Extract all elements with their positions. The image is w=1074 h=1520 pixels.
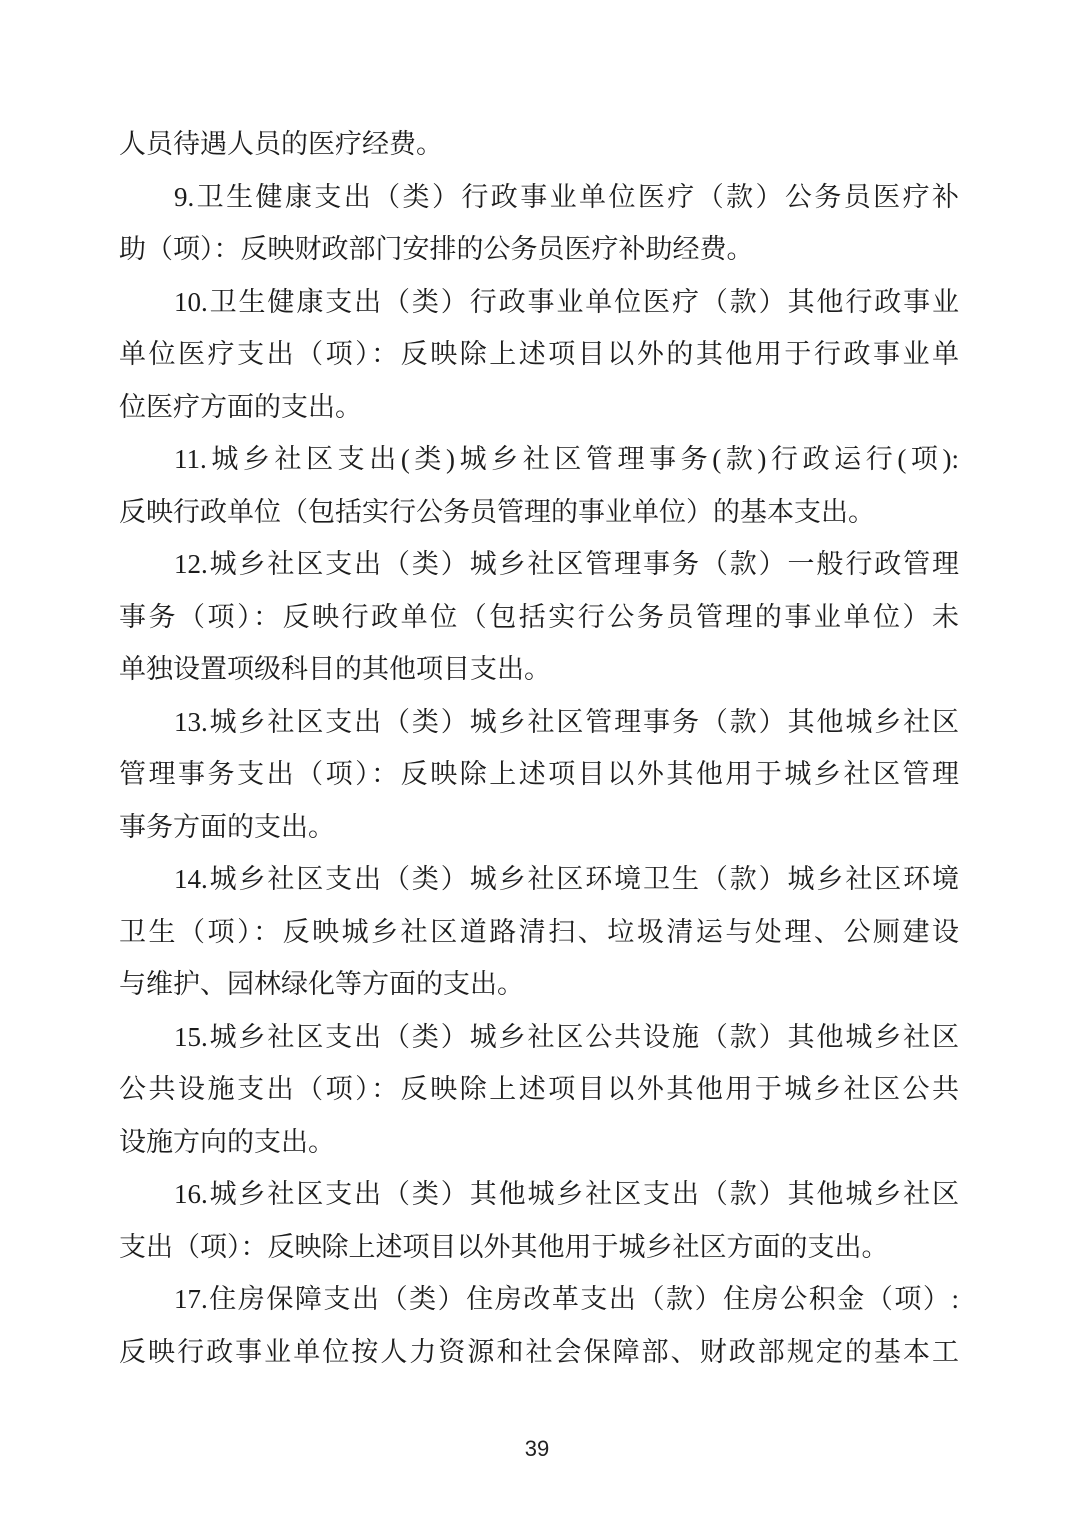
text-line: 人员待遇人员的医疗经费。 [119,118,959,171]
text-line: 单位医疗支出（项）：反映除上述项目以外的其他用于行政事业单 [119,328,959,381]
text-line: 与维护、园林绿化等方面的支出。 [119,958,959,1011]
text-line: 反映行政单位（包括实行公务员管理的事业单位）的基本支出。 [119,486,959,539]
text-line: 14.城乡社区支出（类）城乡社区环境卫生（款）城乡社区环境 [119,853,959,906]
text-line: 支出（项）：反映除上述项目以外其他用于城乡社区方面的支出。 [119,1221,959,1274]
text-line: 公共设施支出（项）：反映除上述项目以外其他用于城乡社区公共 [119,1063,959,1116]
text-line: 事务方面的支出。 [119,801,959,854]
text-line: 事务（项）：反映行政单位（包括实行公务员管理的事业单位）未 [119,591,959,644]
text-line: 管理事务支出（项）：反映除上述项目以外其他用于城乡社区管理 [119,748,959,801]
text-line: 助（项）：反映财政部门安排的公务员医疗补助经费。 [119,223,959,276]
document-page: 人员待遇人员的医疗经费。 9.卫生健康支出（类）行政事业单位医疗（款）公务员医疗… [0,0,1074,1520]
text-line: 反映行政事业单位按人力资源和社会保障部、财政部规定的基本工 [119,1326,959,1379]
text-line: 12.城乡社区支出（类）城乡社区管理事务（款）一般行政管理 [119,538,959,591]
text-line: 10.卫生健康支出（类）行政事业单位医疗（款）其他行政事业 [119,276,959,329]
text-line: 17.住房保障支出（类）住房改革支出（款）住房公积金（项）: [119,1273,959,1326]
text-line: 9.卫生健康支出（类）行政事业单位医疗（款）公务员医疗补 [119,171,959,224]
document-body: 人员待遇人员的医疗经费。 9.卫生健康支出（类）行政事业单位医疗（款）公务员医疗… [119,118,959,1378]
text-line: 设施方向的支出。 [119,1116,959,1169]
text-line: 15.城乡社区支出（类）城乡社区公共设施（款）其他城乡社区 [119,1011,959,1064]
text-line: 11.城乡社区支出(类)城乡社区管理事务(款)行政运行(项): [119,433,959,486]
page-number: 39 [0,1436,1074,1462]
text-line: 16.城乡社区支出（类）其他城乡社区支出（款）其他城乡社区 [119,1168,959,1221]
text-line: 13.城乡社区支出（类）城乡社区管理事务（款）其他城乡社区 [119,696,959,749]
text-line: 卫生（项）：反映城乡社区道路清扫、垃圾清运与处理、公厕建设 [119,906,959,959]
text-line: 位医疗方面的支出。 [119,381,959,434]
text-line: 单独设置项级科目的其他项目支出。 [119,643,959,696]
